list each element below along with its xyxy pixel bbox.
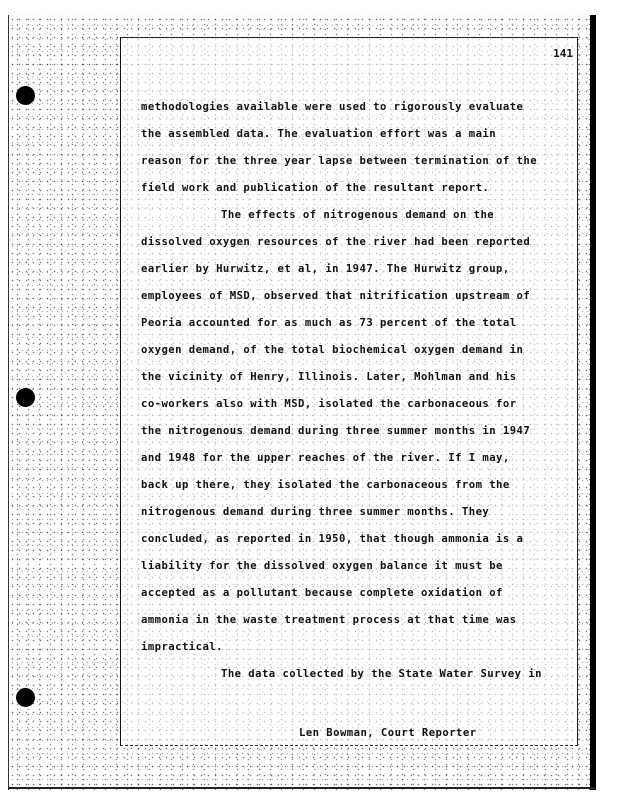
text-line: back up there, they isolated the carbona… — [141, 479, 510, 491]
transcript-frame: 141 methodologies available were used to… — [120, 37, 578, 746]
punch-hole-icon — [16, 688, 35, 707]
text-line: field work and publication of the result… — [141, 182, 489, 194]
text-line: Peoria accounted for as much as 73 perce… — [141, 317, 517, 329]
text-line: nitrogenous demand during three summer m… — [141, 506, 489, 518]
text-line: The effects of nitrogenous demand on the — [221, 209, 494, 221]
text-line: and 1948 for the upper reaches of the ri… — [141, 452, 510, 464]
text-line: liability for the dissolved oxygen balan… — [141, 560, 503, 572]
text-line: co-workers also with MSD, isolated the c… — [141, 398, 517, 410]
punch-hole-icon — [16, 86, 35, 105]
page-number: 141 — [553, 47, 573, 60]
scan-edge-bar — [590, 15, 596, 790]
text-line: oxygen demand, of the total biochemical … — [141, 344, 523, 356]
text-line: dissolved oxygen resources of the river … — [141, 236, 530, 248]
text-line: The data collected by the State Water Su… — [221, 668, 542, 680]
text-line: accepted as a pollutant because complete… — [141, 587, 503, 599]
text-line: ammonia in the waste treatment process a… — [141, 614, 517, 626]
text-line: the vicinity of Henry, Illinois. Later, … — [141, 371, 517, 383]
court-reporter-footer: Len Bowman, Court Reporter — [299, 727, 477, 739]
text-line: impractical. — [141, 641, 223, 653]
text-line: earlier by Hurwitz, et al, in 1947. The … — [141, 263, 510, 275]
text-line: the assembled data. The evaluation effor… — [141, 128, 496, 140]
scan-bottom-edge — [8, 787, 596, 789]
text-line: methodologies available were used to rig… — [141, 101, 523, 113]
punch-hole-icon — [16, 388, 35, 407]
text-line: concluded, as reported in 1950, that tho… — [141, 533, 523, 545]
text-line: reason for the three year lapse between … — [141, 155, 537, 167]
text-line: the nitrogenous demand during three summ… — [141, 425, 530, 437]
text-line: employees of MSD, observed that nitrific… — [141, 290, 530, 302]
